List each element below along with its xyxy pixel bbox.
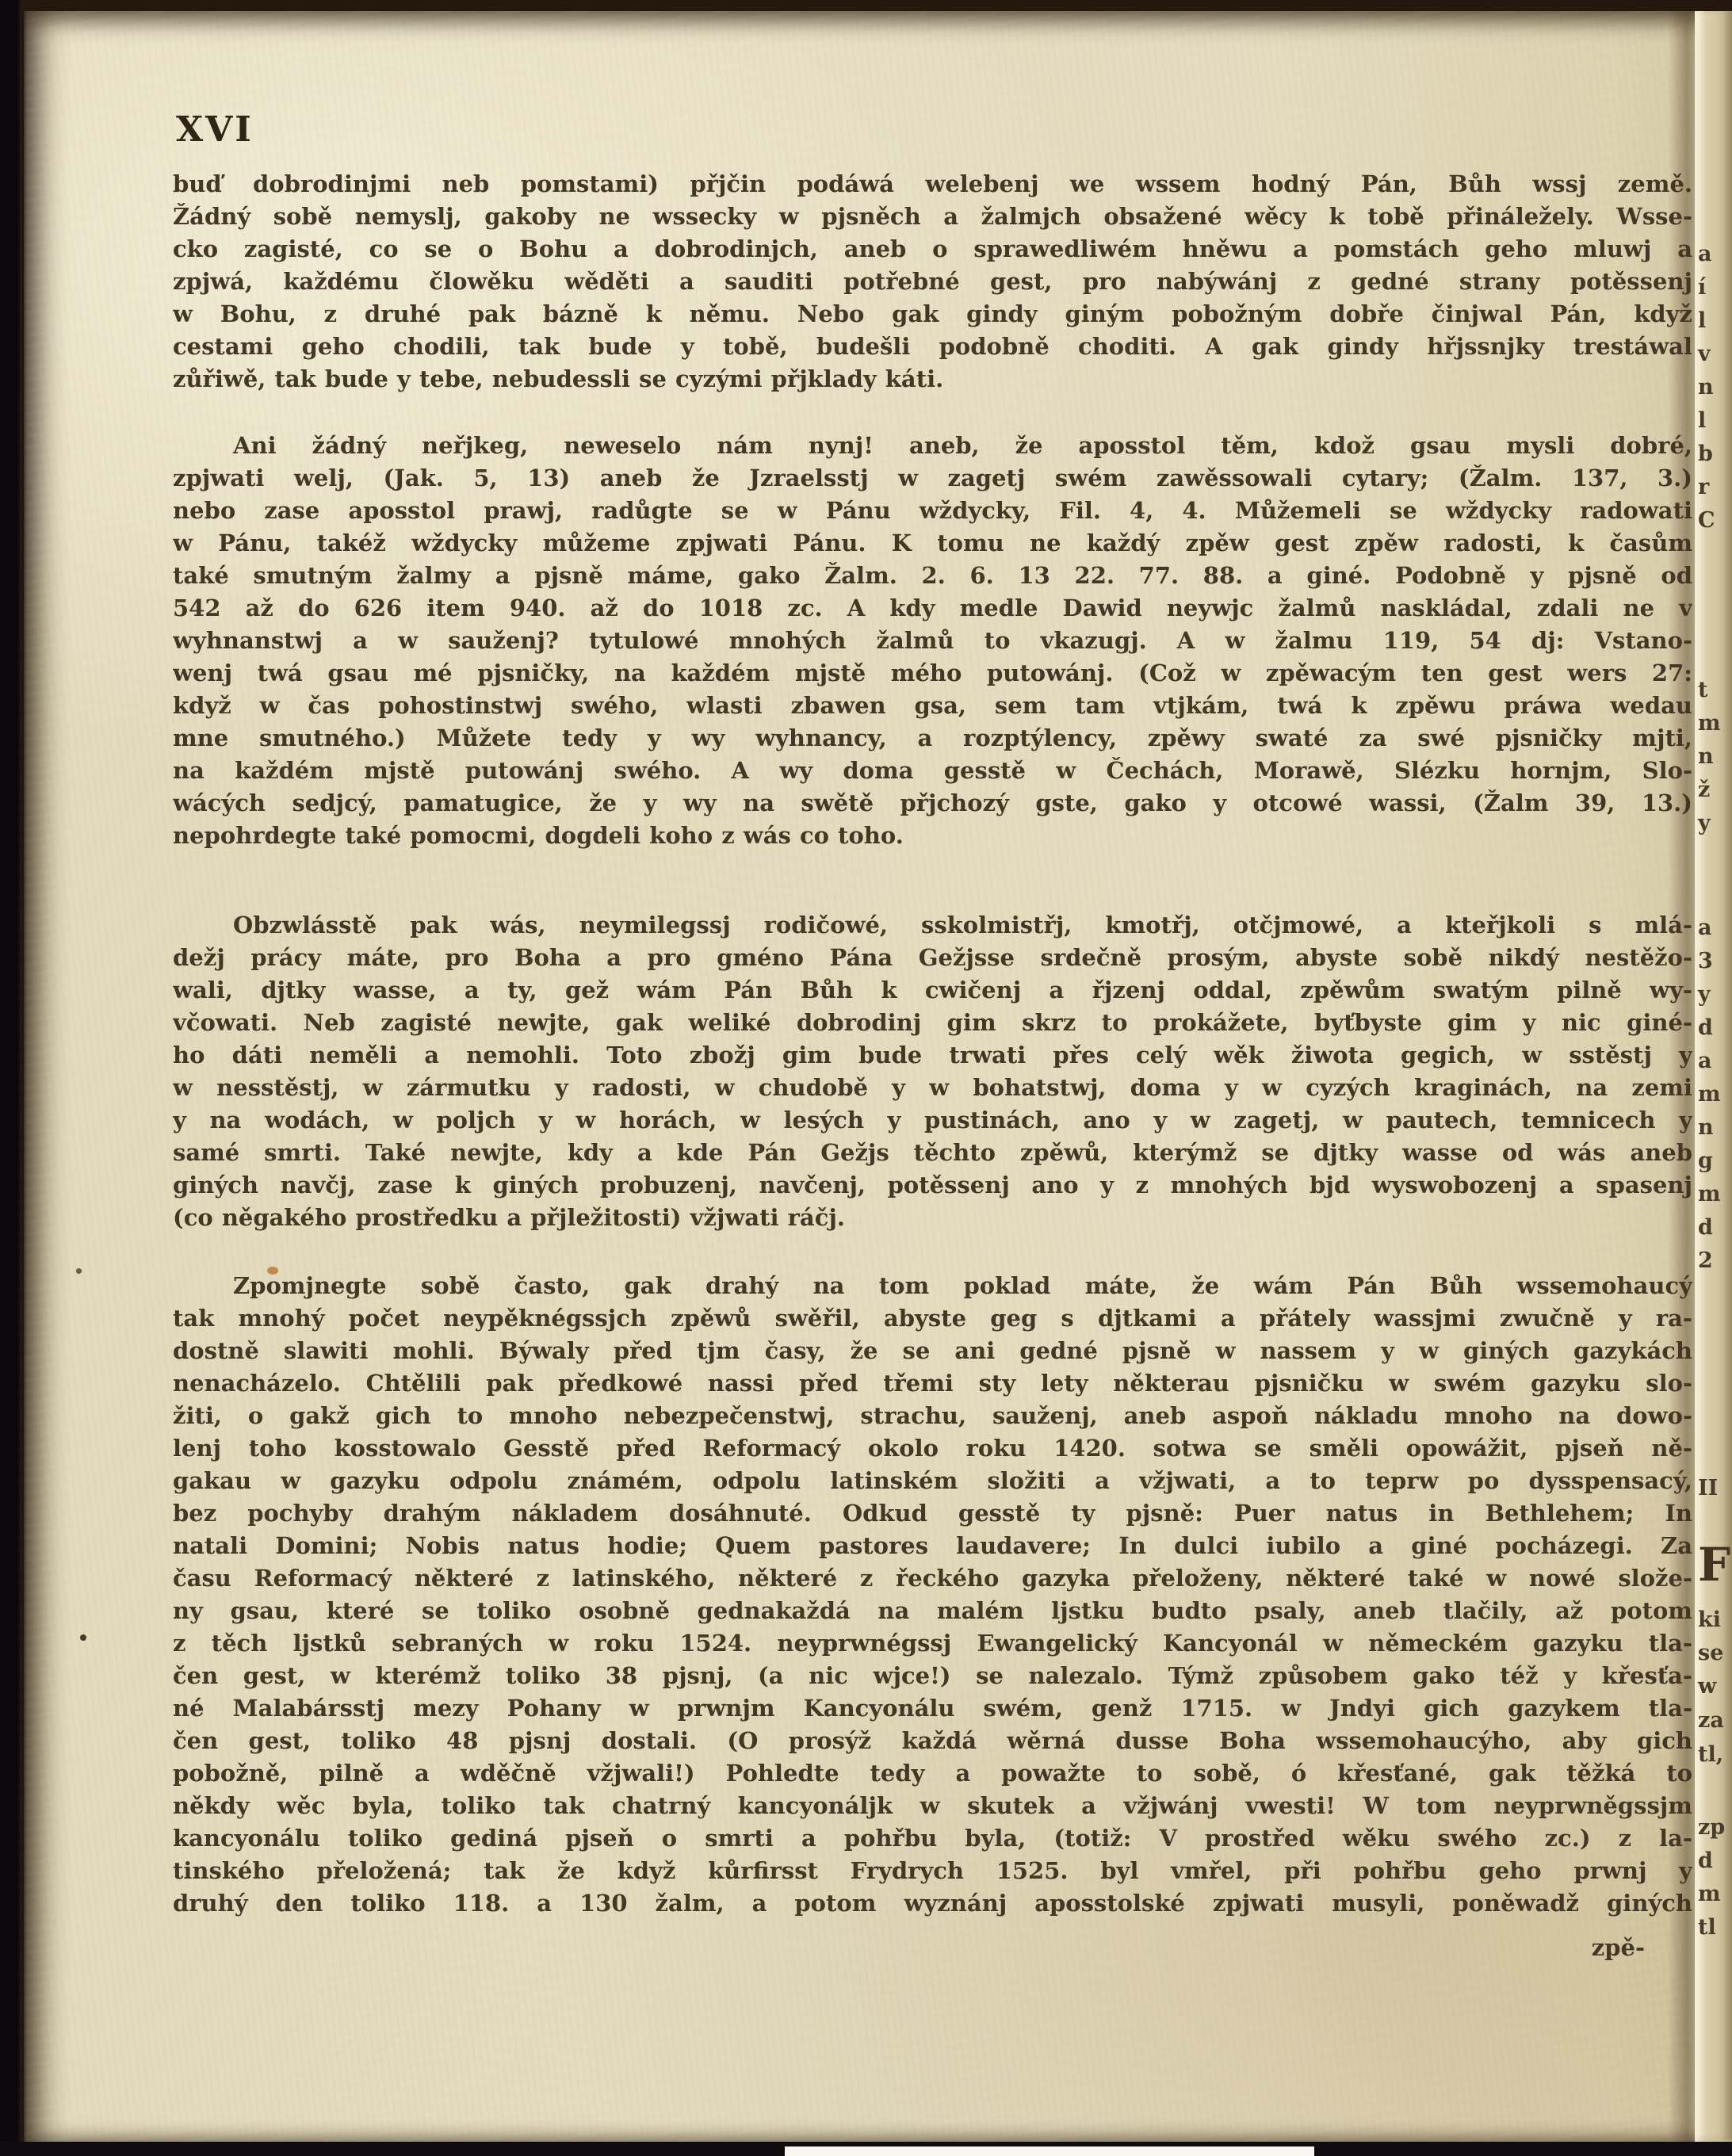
- facing-page-letter-fragment: d: [1698, 1215, 1713, 1240]
- text-line: někdy wěc byla, toliko tak chatrný kancy…: [173, 1790, 1692, 1822]
- text-line: giných navčj, zase k giných probuzenj, n…: [173, 1169, 1692, 1202]
- text-line: ny gsau, které se toliko osobně gednakaž…: [173, 1595, 1692, 1627]
- text-line: samé smrti. Také newjte, kdy a kde Pán G…: [173, 1137, 1692, 1169]
- facing-page-letter-fragment: l: [1698, 308, 1706, 333]
- facing-page-letter-fragment: l: [1698, 408, 1706, 433]
- facing-page-letter-fragment: í: [1698, 275, 1706, 300]
- text-line: čen gest, w kterémž toliko 38 pjsnj, (a …: [173, 1660, 1692, 1692]
- text-line: buď dobrodinjmi neb pomstami) přjčin pod…: [173, 168, 1692, 201]
- facing-page-letter-fragment: r: [1698, 475, 1709, 499]
- facing-page-letter-fragment: m: [1698, 1882, 1721, 1906]
- text-line: cko zagisté, co se o Bohu a dobrodinjch,…: [173, 233, 1692, 266]
- facing-page-letter-fragment: t: [1698, 678, 1707, 702]
- facing-page-letter-fragment: F: [1698, 1538, 1730, 1592]
- facing-page-letter-fragment: d: [1698, 1848, 1713, 1873]
- scanned-book-page: XVI buď dobrodinjmi neb pomstami) přjčin…: [0, 0, 1732, 2156]
- paragraph-1: buď dobrodinjmi neb pomstami) přjčin pod…: [173, 168, 1692, 396]
- text-line: nenacházelo. Chtělili pak předkowé nassi…: [173, 1367, 1692, 1400]
- facing-page-letter-fragment: 3: [1698, 949, 1713, 973]
- facing-page-letter-fragment: a: [1698, 242, 1712, 266]
- text-line: žiti, o gakž gich to mnoho nebezpečenstw…: [173, 1400, 1692, 1432]
- catchword: zpě-: [1592, 1934, 1645, 1961]
- ink-speck: [80, 1634, 86, 1641]
- text-line: wácých sedjcý, pamatugice, že y wy na sw…: [173, 787, 1692, 820]
- text-line: včowati. Neb zagisté newjte, gak weliké …: [173, 1007, 1692, 1039]
- text-line: na každém mjstě putowánj swého. A wy dom…: [173, 755, 1692, 787]
- text-line: nepohrdegte také pomocmi, dogdeli koho z…: [173, 820, 1692, 852]
- facing-page-letter-fragment: n: [1698, 744, 1714, 769]
- facing-page-letter-fragment: y: [1698, 811, 1711, 835]
- paragraph-2: Ani žádný neřjkeg, neweselo nám nynj! an…: [173, 430, 1692, 852]
- text-line: pobožně, pilně a wděčně vžjwali!) Pohled…: [173, 1757, 1692, 1790]
- facing-page-letter-fragment: zp: [1698, 1815, 1725, 1840]
- text-line: zpjwati welj, (Jak. 5, 13) aneb že Jzrae…: [173, 462, 1692, 495]
- text-line: wyhnanstwj a w sauženj? tytulowé mnohých…: [173, 625, 1692, 657]
- text-line: w nesstěstj, w zármutku y radosti, w chu…: [173, 1072, 1692, 1104]
- facing-page-letter-fragment: se: [1698, 1641, 1723, 1665]
- text-line: cestami geho chodili, tak bude y tobě, b…: [173, 331, 1692, 363]
- text-line: kancyonálu toliko gediná pjseň o smrti a…: [173, 1822, 1692, 1855]
- facing-page-letter-fragment: b: [1698, 442, 1713, 466]
- text-line: Žádný sobě nemyslj, gakoby ne wssecky w …: [173, 201, 1692, 233]
- text-line: natali Domini; Nobis natus hodie; Quem p…: [173, 1530, 1692, 1562]
- facing-page-letter-fragment: m: [1698, 1082, 1721, 1107]
- text-line: také smutným žalmy a pjsně máme, gako Ža…: [173, 560, 1692, 592]
- text-line: dostně slawiti mohli. Býwaly před tjm ča…: [173, 1335, 1692, 1367]
- facing-page-letter-fragment: n: [1698, 1115, 1714, 1140]
- text-line: w Bohu, z druhé pak bázně k němu. Nebo g…: [173, 298, 1692, 331]
- text-line: 542 až do 626 item 940. až do 1018 zc. A…: [173, 592, 1692, 625]
- text-line: nebo zase aposstol prawj, radůgte se w P…: [173, 495, 1692, 527]
- facing-page-letter-fragment: y: [1698, 982, 1711, 1007]
- text-line: Ani žádný neřjkeg, neweselo nám nynj! an…: [173, 430, 1692, 462]
- text-line: lenj toho kosstowalo Gesstě před Reforma…: [173, 1432, 1692, 1465]
- text-line: (co něgakého prostředku a přjležitosti) …: [173, 1202, 1692, 1234]
- scan-border-left: [0, 0, 27, 2156]
- facing-page-letter-fragment: n: [1698, 375, 1714, 399]
- text-line: gakau w gazyku odpolu známém, odpolu lat…: [173, 1465, 1692, 1497]
- text-line: y na wodách, w poljch y w horách, w lesý…: [173, 1104, 1692, 1137]
- text-line: mne smutného.) Můžete tedy y wy wyhnancy…: [173, 722, 1692, 755]
- scan-artifact-strip: [785, 2146, 1314, 2156]
- scan-border-top: [0, 0, 1732, 11]
- text-line: w Pánu, takéž wždycky můžeme zpjwati Pán…: [173, 527, 1692, 560]
- text-line: když w čas pohostinstwj swého, wlasti zb…: [173, 690, 1692, 722]
- facing-page-edge: aílvnlbrCtmnžya3ydamngmd2IIFkisewzatl,zp…: [1695, 8, 1732, 2142]
- paragraph-3: Obzwlásstě pak wás, neymilegssj rodičowé…: [173, 909, 1692, 1234]
- text-line: tinského přeložená; tak že když kůrfirss…: [173, 1855, 1692, 1887]
- text-line: wali, djtky wasse, a ty, gež wám Pán Bůh…: [173, 974, 1692, 1007]
- facing-page-letter-fragment: tl,: [1698, 1742, 1723, 1767]
- text-line: zpjwá, každému člowěku wěděti a sauditi …: [173, 266, 1692, 298]
- facing-page-letter-fragment: II: [1698, 1476, 1718, 1500]
- facing-page-letter-fragment: w: [1698, 1674, 1716, 1699]
- facing-page-letter-fragment: tl: [1698, 1915, 1716, 1940]
- text-line: času Reformacý některé z latinského, něk…: [173, 1562, 1692, 1595]
- text-line: čen gest, toliko 48 pjsnj dostali. (O pr…: [173, 1725, 1692, 1757]
- text-line: né Malabársstj mezy Pohany w prwnjm Kanc…: [173, 1692, 1692, 1725]
- ink-speck: [267, 1267, 278, 1275]
- paragraph-4: Zpomjnegte sobě často, gak drahý na tom …: [173, 1270, 1692, 1920]
- facing-page-letter-fragment: 2: [1698, 1248, 1713, 1273]
- text-line: dežj prácy máte, pro Boha a pro gméno Pá…: [173, 942, 1692, 974]
- facing-page-letter-fragment: d: [1698, 1015, 1713, 1040]
- facing-page-letter-fragment: m: [1698, 1182, 1721, 1206]
- text-line: tak mnohý počet neypěknégssjch zpěwů swě…: [173, 1302, 1692, 1335]
- facing-page-letter-fragment: g: [1698, 1149, 1713, 1173]
- text-line: z těch ljstků sebraných w roku 1524. ney…: [173, 1627, 1692, 1660]
- facing-page-letter-fragment: m: [1698, 711, 1721, 736]
- text-line: zůřiwě, tak bude y tebe, nebudessli se c…: [173, 363, 1692, 396]
- text-line: wenj twá gsau mé pjsničky, na každém mjs…: [173, 657, 1692, 690]
- text-line: Zpomjnegte sobě často, gak drahý na tom …: [173, 1270, 1692, 1302]
- facing-page-letter-fragment: ki: [1698, 1607, 1721, 1632]
- text-line: druhý den toliko 118. a 130 žalm, a poto…: [173, 1887, 1692, 1920]
- facing-page-letter-fragment: ž: [1698, 778, 1710, 802]
- facing-page-letter-fragment: a: [1698, 1049, 1712, 1073]
- ink-speck: [76, 1268, 82, 1274]
- facing-page-letter-fragment: a: [1698, 916, 1712, 940]
- text-line: bez pochyby drahým nákladem dosáhnuté. O…: [173, 1497, 1692, 1530]
- text-line: ho dáti neměli a nemohli. Toto zbožj gim…: [173, 1039, 1692, 1072]
- facing-page-letter-fragment: C: [1698, 508, 1715, 533]
- text-line: Obzwlásstě pak wás, neymilegssj rodičowé…: [173, 909, 1692, 942]
- facing-page-letter-fragment: v: [1698, 342, 1711, 366]
- page-number: XVI: [176, 109, 254, 150]
- facing-page-letter-fragment: za: [1698, 1708, 1724, 1733]
